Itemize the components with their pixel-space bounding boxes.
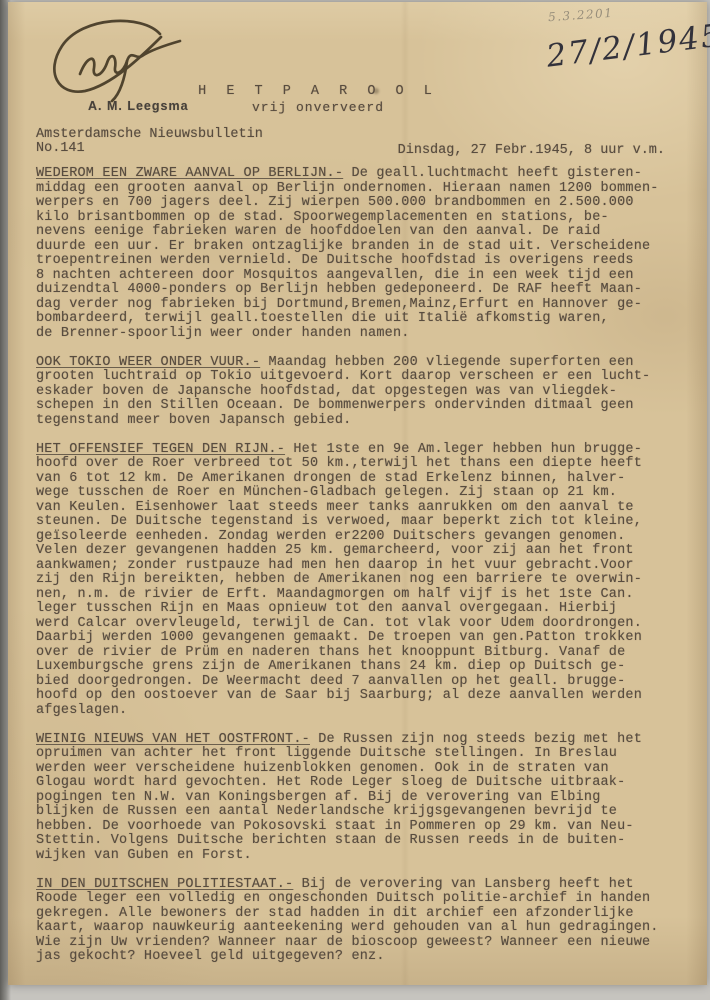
ink-smudge	[373, 88, 379, 94]
masthead-title: H E T P A R O O L	[158, 84, 478, 99]
masthead-subtitle: vrij onverveerd	[158, 100, 478, 115]
article-heading: WEDEROM EEN ZWARE AANVAL OP BERLIJN.-	[36, 166, 343, 181]
archive-pencil-note: 5.3.2201	[548, 6, 614, 25]
article-text: Het 1ste en 9e Am.leger hebben hun brugg…	[36, 442, 642, 718]
article-heading: HET OFFENSIEF TEGEN DEN RIJN.-	[36, 442, 285, 457]
document-scan: A. M. Leegsma 5.3.2201 27/2/1945 H E T P…	[0, 0, 710, 1000]
article-text: De Russen zijn nog steeds bezig met het …	[36, 732, 642, 863]
article-oostfront: WEINIG NIEUWS VAN HET OOSTFRONT.- De Rus…	[36, 733, 698, 864]
article-heading: OOK TOKIO WEER ONDER VUUR.-	[36, 355, 260, 370]
article-berlin-raid: WEDEROM EEN ZWARE AANVAL OP BERLIJN.- De…	[36, 167, 698, 341]
handwritten-date: 27/2/1945	[544, 17, 710, 74]
article-body: WEDEROM EEN ZWARE AANVAL OP BERLIJN.- De…	[36, 167, 698, 979]
issue-number: No.141	[36, 141, 85, 156]
article-heading: IN DEN DUITSCHEN POLITIESTAAT.-	[36, 877, 293, 892]
article-politiestaat: IN DEN DUITSCHEN POLITIESTAAT.- Bij de v…	[36, 878, 698, 965]
date-line: Dinsdag, 27 Febr.1945, 8 uur v.m.	[398, 143, 665, 158]
bulletin-name: Amsterdamsche Nieuwsbulletin	[36, 127, 263, 142]
article-text: De geall.luchtmacht heeft gisteren- midd…	[36, 166, 659, 341]
article-rijn-offensief: HET OFFENSIEF TEGEN DEN RIJN.- Het 1ste …	[36, 443, 698, 719]
article-tokio: OOK TOKIO WEER ONDER VUUR.- Maandag hebb…	[36, 356, 698, 429]
article-heading: WEINIG NIEUWS VAN HET OOSTFRONT.-	[36, 732, 310, 747]
newsletter-page: A. M. Leegsma 5.3.2201 27/2/1945 H E T P…	[8, 2, 707, 985]
masthead: H E T P A R O O L vrij onverveerd	[158, 84, 478, 115]
